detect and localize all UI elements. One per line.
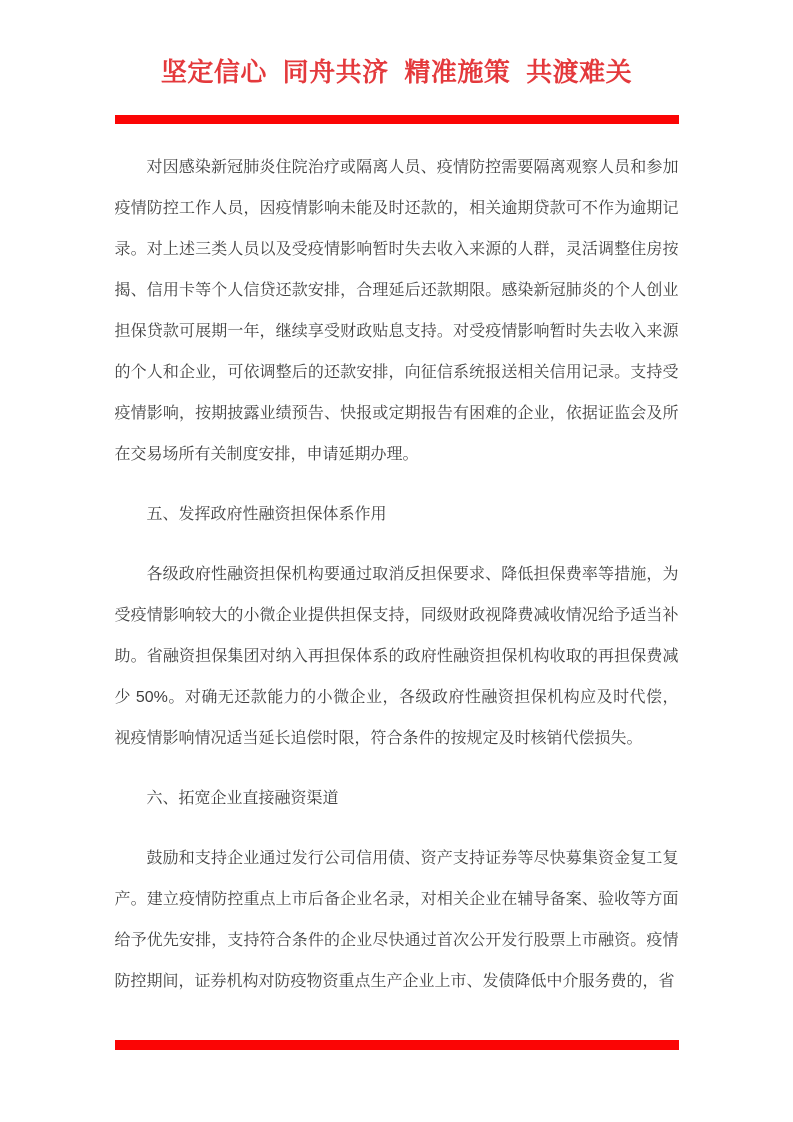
document-content: 坚定信心 同舟共济 精准施策 共渡难关 对因感染新冠肺炎住院治疗或隔离人员、疫情… <box>115 55 679 1050</box>
bottom-divider-bar <box>115 1040 679 1050</box>
document-page: 坚定信心 同舟共济 精准施策 共渡难关 对因感染新冠肺炎住院治疗或隔离人员、疫情… <box>0 0 793 1122</box>
section-heading-6: 六、拓宽企业直接融资渠道 <box>115 778 679 819</box>
paragraph-loan-repayment: 对因感染新冠肺炎住院治疗或隔离人员、疫情防控需要隔离观察人员和参加疫情防控工作人… <box>115 147 679 475</box>
section-heading-5: 五、发挥政府性融资担保体系作用 <box>115 494 679 535</box>
paragraph-guarantee-system: 各级政府性融资担保机构要通过取消反担保要求、降低担保费率等措施，为受疫情影响较大… <box>115 554 679 759</box>
top-divider-bar <box>115 115 679 124</box>
document-body: 对因感染新冠肺炎住院治疗或隔离人员、疫情防控需要隔离观察人员和参加疫情防控工作人… <box>115 147 679 1002</box>
paragraph-direct-financing: 鼓励和支持企业通过发行公司信用债、资产支持证券等尽快募集资金复工复产。建立疫情防… <box>115 838 679 1002</box>
page-title: 坚定信心 同舟共济 精准施策 共渡难关 <box>115 55 679 89</box>
